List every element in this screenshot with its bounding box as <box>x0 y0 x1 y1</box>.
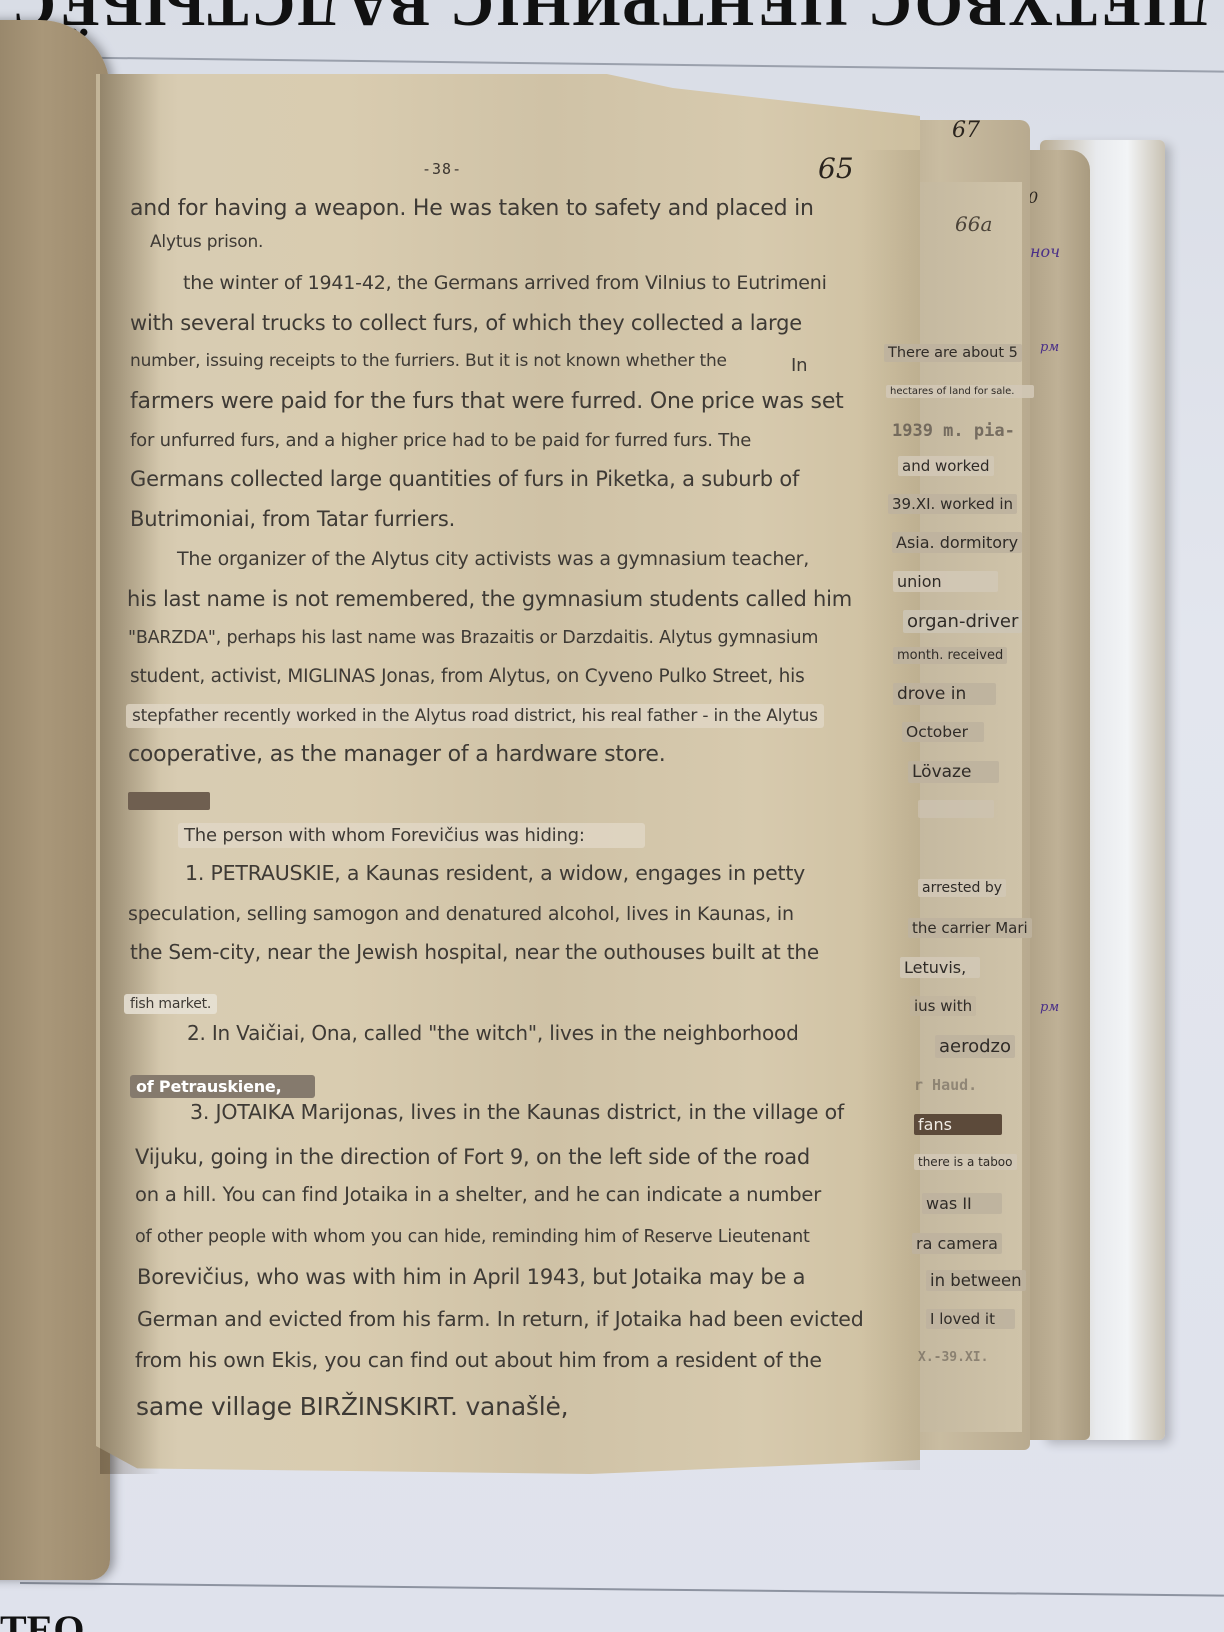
text-fragment: In <box>791 355 807 376</box>
text-line: student, activist, MIGLINAS Jonas, from … <box>130 666 805 687</box>
text-line: Vijuku, going in the direction of Fort 9… <box>135 1145 810 1169</box>
bottom-edge-text: ТЕО <box>0 1610 300 1632</box>
text-line: same village BIRŽINSKIRT. vanašlė, <box>136 1392 568 1421</box>
side-tag: arrested by <box>918 879 1006 897</box>
text-line: for unfurred furs, and a higher price ha… <box>130 430 751 451</box>
side-tag: Letuvis, <box>900 957 980 978</box>
text-line-highlighted: stepfather recently worked in the Alytus… <box>126 704 824 728</box>
typed-fragment: 1939 m. pia- <box>892 421 1015 441</box>
text-line: the Sem-city, near the Jewish hospital, … <box>130 940 819 964</box>
margin-handwriting-purple-2: рм <box>1040 340 1059 355</box>
text-line-highlighted: fish market. <box>124 994 217 1014</box>
side-tag: ius with <box>910 996 976 1016</box>
side-tag: October <box>902 722 984 742</box>
side-tag: Lövaze <box>908 761 999 783</box>
book-cover-left <box>0 20 110 1580</box>
text-line: speculation, selling samogon and denatur… <box>128 903 794 925</box>
text-line: German and evicted from his farm. In ret… <box>137 1307 864 1331</box>
side-tag: was II <box>922 1193 1002 1214</box>
text-line: with several trucks to collect furs, of … <box>130 311 802 335</box>
typed-fragment: X.-39.XI. <box>918 1350 988 1365</box>
side-tag: I loved it <box>926 1309 1015 1329</box>
mirrored-banner-text: ЛІЕТУВОС ЦЕНТРИНІС ВАЛСТЫБЁС <box>0 0 1224 36</box>
side-tag: ra camera <box>912 1233 1002 1254</box>
text-line: of other people with whom you can hide, … <box>135 1227 810 1247</box>
background-rule-top <box>30 56 1224 73</box>
text-line: number, issuing receipts to the furriers… <box>130 351 727 371</box>
page-shadow <box>100 74 160 1474</box>
text-line: cooperative, as the manager of a hardwar… <box>128 742 666 767</box>
text-line: farmers were paid for the furs that were… <box>130 389 844 414</box>
text-line: the winter of 1941-42, the Germans arriv… <box>183 272 827 294</box>
side-tag: month. received <box>893 647 1007 664</box>
side-tag: aerodzo <box>935 1035 1015 1058</box>
side-tag: There are about 5 <box>884 344 1022 362</box>
side-tag: Asia. dormitory <box>892 532 1022 553</box>
side-tag: the carrier Mari <box>908 918 1032 938</box>
side-tag: and worked <box>898 456 994 476</box>
text-line: Borevičius, who was with him in April 19… <box>137 1265 805 1289</box>
side-tag: organ-driver <box>903 610 1022 633</box>
list-item-1: 1. PETRAUSKIE, a Kaunas resident, a wido… <box>185 861 805 885</box>
text-line: his last name is not remembered, the gym… <box>127 587 852 611</box>
list-item-3: 3. JOTAIKA Marijonas, lives in the Kauna… <box>190 1100 844 1124</box>
text-line: and for having a weapon. He was taken to… <box>130 196 814 221</box>
text-line: Butrimoniai, from Tatar furriers. <box>130 507 455 531</box>
side-tag: in between <box>926 1270 1026 1291</box>
margin-handwriting-purple: ноч <box>1030 242 1060 261</box>
side-tag: hectares of land for sale. <box>886 385 1034 398</box>
typed-page-number: -38- <box>422 160 462 178</box>
typed-fragment: r Haud. <box>914 1076 977 1094</box>
side-tag-dark: fans <box>914 1114 1002 1135</box>
text-line: The organizer of the Alytus city activis… <box>177 548 809 570</box>
handwritten-page-number-66a: 66a <box>955 212 992 236</box>
margin-handwriting-purple-3: рм <box>1040 1000 1059 1015</box>
text-line: on a hill. You can find Jotaika in a she… <box>135 1183 821 1206</box>
text-line-highlighted-dark: of Petrauskiene, <box>130 1075 315 1098</box>
text-line: Germans collected large quantities of fu… <box>130 467 799 491</box>
text-line: from his own Ekis, you can find out abou… <box>135 1348 822 1372</box>
background-rule-bottom <box>20 1582 1224 1597</box>
list-item-2: 2. In Vaičiai, Ona, called "the witch", … <box>187 1021 799 1045</box>
text-line: Alytus prison. <box>150 232 263 252</box>
handwritten-page-number-67: 67 <box>952 118 980 143</box>
side-tag: drove in <box>893 683 996 705</box>
handwritten-page-number-65: 65 <box>818 152 854 185</box>
section-heading: The person with whom Forevičius was hidi… <box>178 823 645 848</box>
redaction-block <box>128 792 210 810</box>
blank-tag <box>918 800 994 818</box>
side-tag: there is a taboo <box>914 1154 1017 1170</box>
side-tag: 39.XI. worked in <box>888 494 1017 514</box>
side-tag: union <box>893 571 998 592</box>
text-line: "BARZDA", perhaps his last name was Braz… <box>128 628 818 648</box>
